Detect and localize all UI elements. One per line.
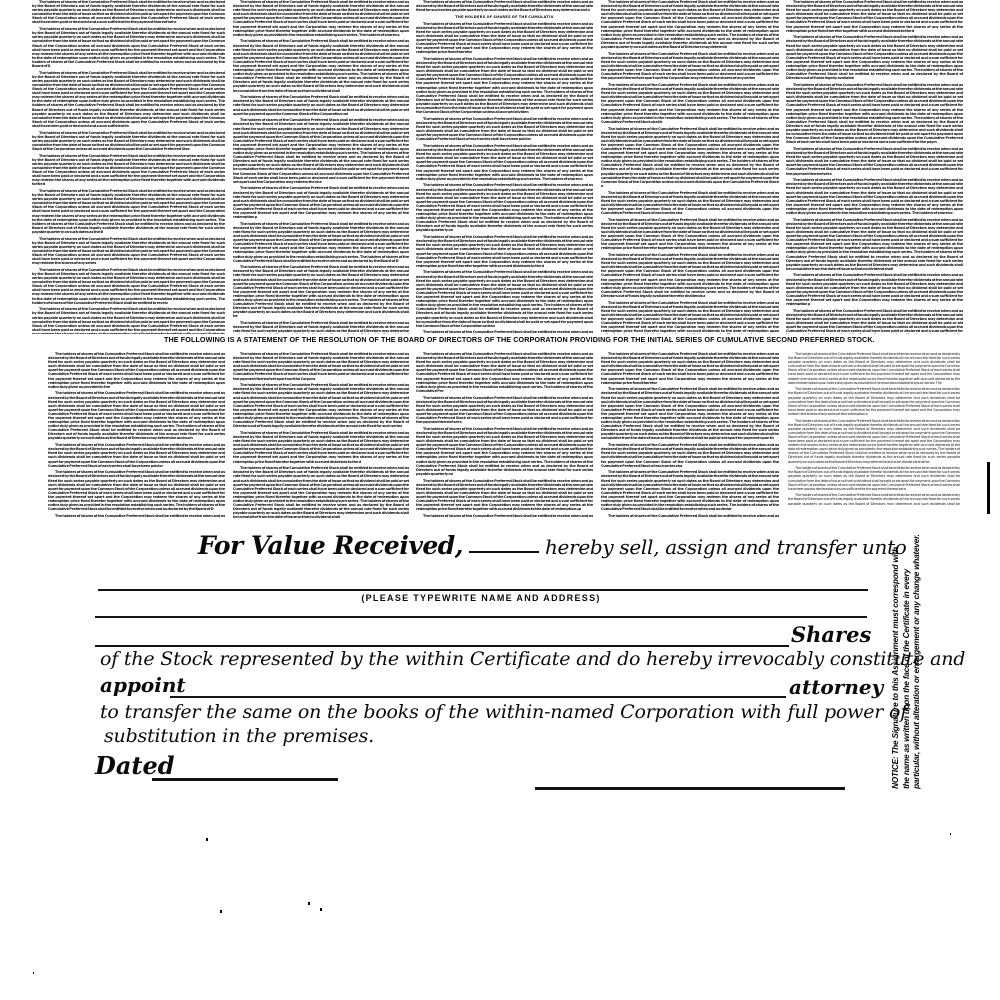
- shares-blank-line: [95, 645, 789, 647]
- name-address-line: [98, 589, 868, 591]
- notice-line: the name as written upon the face of the…: [902, 517, 913, 789]
- assignor-blank-line: [469, 551, 539, 553]
- resolution-statement: THE FOLLOWING IS A STATEMENT OF THE RESO…: [164, 335, 844, 344]
- name-address-line: [95, 616, 867, 618]
- for-value-received-label: For Value Received,: [198, 531, 463, 560]
- dated-blank-line: [152, 778, 338, 781]
- signature-notice: NOTICE: The Signature to this Assignment…: [891, 517, 923, 789]
- legal-text-column: The holders of shares of the Cumulative …: [233, 0, 409, 334]
- legal-text-column: The holders of shares of the Cumulative …: [48, 352, 225, 518]
- scan-speck: [320, 908, 322, 911]
- legal-text-column: The holders of shares of the Cumulative …: [416, 352, 593, 518]
- scan-edge-artifact: [987, 462, 990, 514]
- stock-represented-text: of the Stock represented by the within C…: [100, 648, 965, 670]
- scan-speck: [308, 902, 310, 905]
- shares-label: Shares: [791, 622, 871, 647]
- legal-text-column: The holders of shares of the Cumulative …: [233, 352, 409, 518]
- legal-text-column: The holders of shares of the Cumulative …: [416, 0, 593, 334]
- notice-line: NOTICE: The Signature to this Assignment…: [891, 517, 902, 789]
- dated-label: Dated: [95, 751, 175, 780]
- certificate-back-sheet: The holders of shares of the Cumulative …: [0, 0, 1000, 1000]
- notice-line: particular, without alteration or enlarg…: [912, 517, 923, 789]
- transfer-books-text: to transfer the same on the books of the…: [100, 701, 907, 723]
- legal-text-column: The holders of shares of the Cumulative …: [32, 0, 225, 334]
- legal-text-column: The holders of shares of the Cumulative …: [788, 352, 960, 505]
- legal-text-column: The holders of shares of the Cumulative …: [601, 0, 779, 334]
- appoint-label: appoint: [100, 673, 186, 697]
- attorney-label: attorney: [789, 675, 883, 699]
- scan-speck: [950, 833, 951, 835]
- scan-speck: [206, 838, 208, 841]
- scan-speck: [33, 972, 34, 974]
- attorney-blank-line: [170, 696, 786, 698]
- scan-speck: [220, 910, 222, 913]
- hereby-sell-label: hereby sell, assign and transfer unto: [545, 535, 907, 559]
- signature-line: [535, 787, 845, 790]
- legal-text-column: The holders of shares of the Cumulative …: [601, 352, 779, 518]
- substitution-text: substitution in the premises.: [104, 725, 374, 747]
- for-value-received-row: For Value Received, hereby sell, assign …: [198, 531, 870, 560]
- typewrite-caption: (PLEASE TYPEWRITE NAME AND ADDRESS): [95, 593, 867, 603]
- legal-text-column: The holders of shares of the Cumulative …: [786, 0, 963, 334]
